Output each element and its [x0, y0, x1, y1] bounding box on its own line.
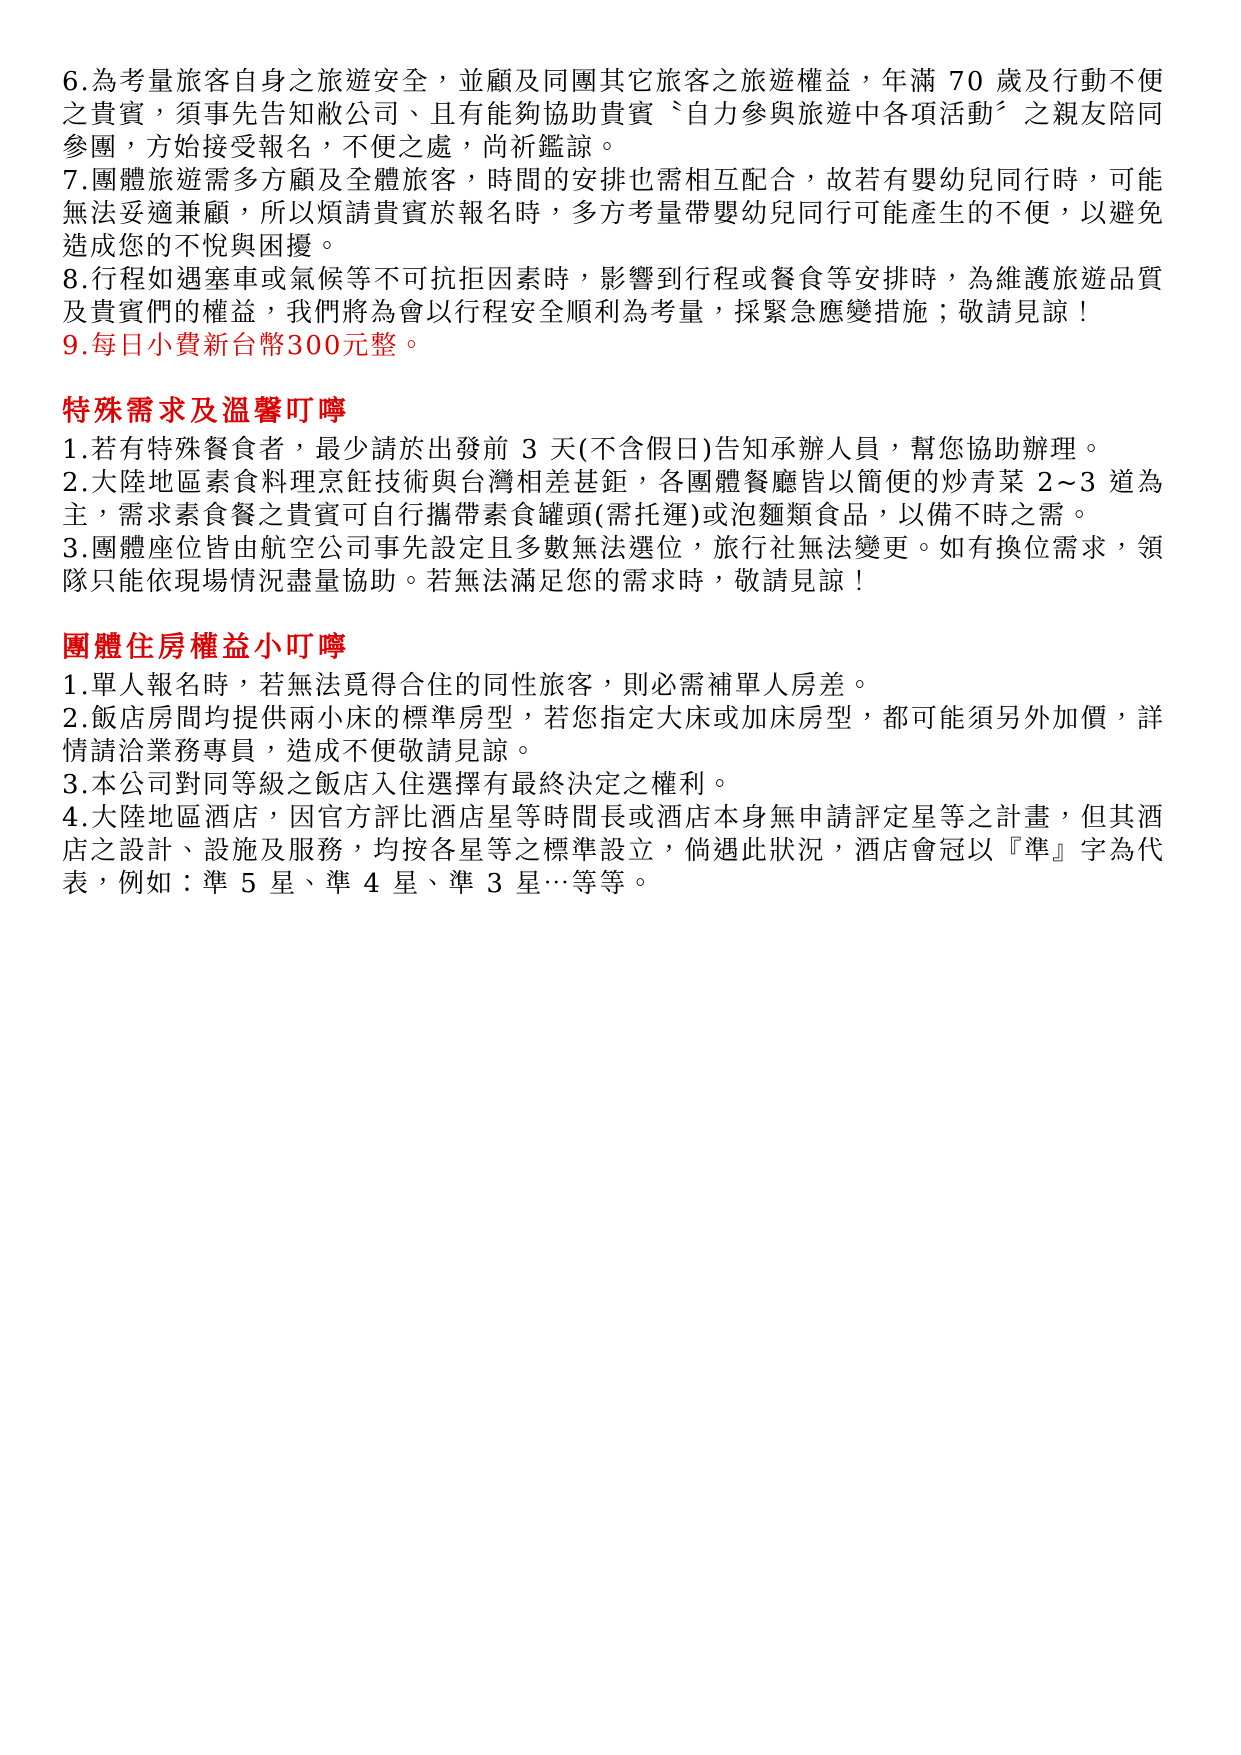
special-needs-item-seating: 3.團體座位皆由航空公司事先設定且多數無法選位，旅行社無法變更。如有換位需求，領…	[62, 533, 1165, 599]
room-rights-item-star-rating: 4.大陸地區酒店，因官方評比酒店星等時間長或酒店本身無申請評定星等之計畫，但其酒…	[62, 802, 1165, 901]
notice-infant-traveler: 7.團體旅遊需多方顧及全體旅客，時間的安排也需相互配合，故若有嬰幼兒同行時，可能…	[62, 165, 1165, 264]
room-rights-item-single-supplement: 1.單人報名時，若無法覓得合住的同性旅客，則必需補單人房差。	[62, 670, 1165, 703]
room-rights-item-hotel-selection: 3.本公司對同等級之飯店入住選擇有最終決定之權利。	[62, 769, 1165, 802]
special-needs-item-meal-request: 1.若有特殊餐食者，最少請於出發前 3 天(不含假日)告知承辦人員，幫您協助辦理…	[62, 434, 1165, 467]
room-rights-item-bed-type: 2.飯店房間均提供兩小床的標準房型，若您指定大床或加床房型，都可能須另外加價，詳…	[62, 703, 1165, 769]
notice-daily-tip: 9.每日小費新台幣300元整。	[62, 330, 1165, 363]
notice-force-majeure: 8.行程如遇塞車或氣候等不可抗拒因素時，影響到行程或餐食等安排時，為維護旅遊品質…	[62, 264, 1165, 330]
document-page: 6.為考量旅客自身之旅遊安全，並顧及同團其它旅客之旅遊權益，年滿 70 歲及行動…	[0, 0, 1241, 1755]
special-needs-item-vegetarian: 2.大陸地區素食料理烹飪技術與台灣相差甚鉅，各團體餐廳皆以簡便的炒青菜 2~3 …	[62, 467, 1165, 533]
section-heading-room-rights: 團體住房權益小叮嚀	[62, 630, 1165, 664]
section-heading-special-needs: 特殊需求及溫馨叮嚀	[62, 394, 1165, 428]
notice-senior-traveler: 6.為考量旅客自身之旅遊安全，並顧及同團其它旅客之旅遊權益，年滿 70 歲及行動…	[62, 66, 1165, 165]
